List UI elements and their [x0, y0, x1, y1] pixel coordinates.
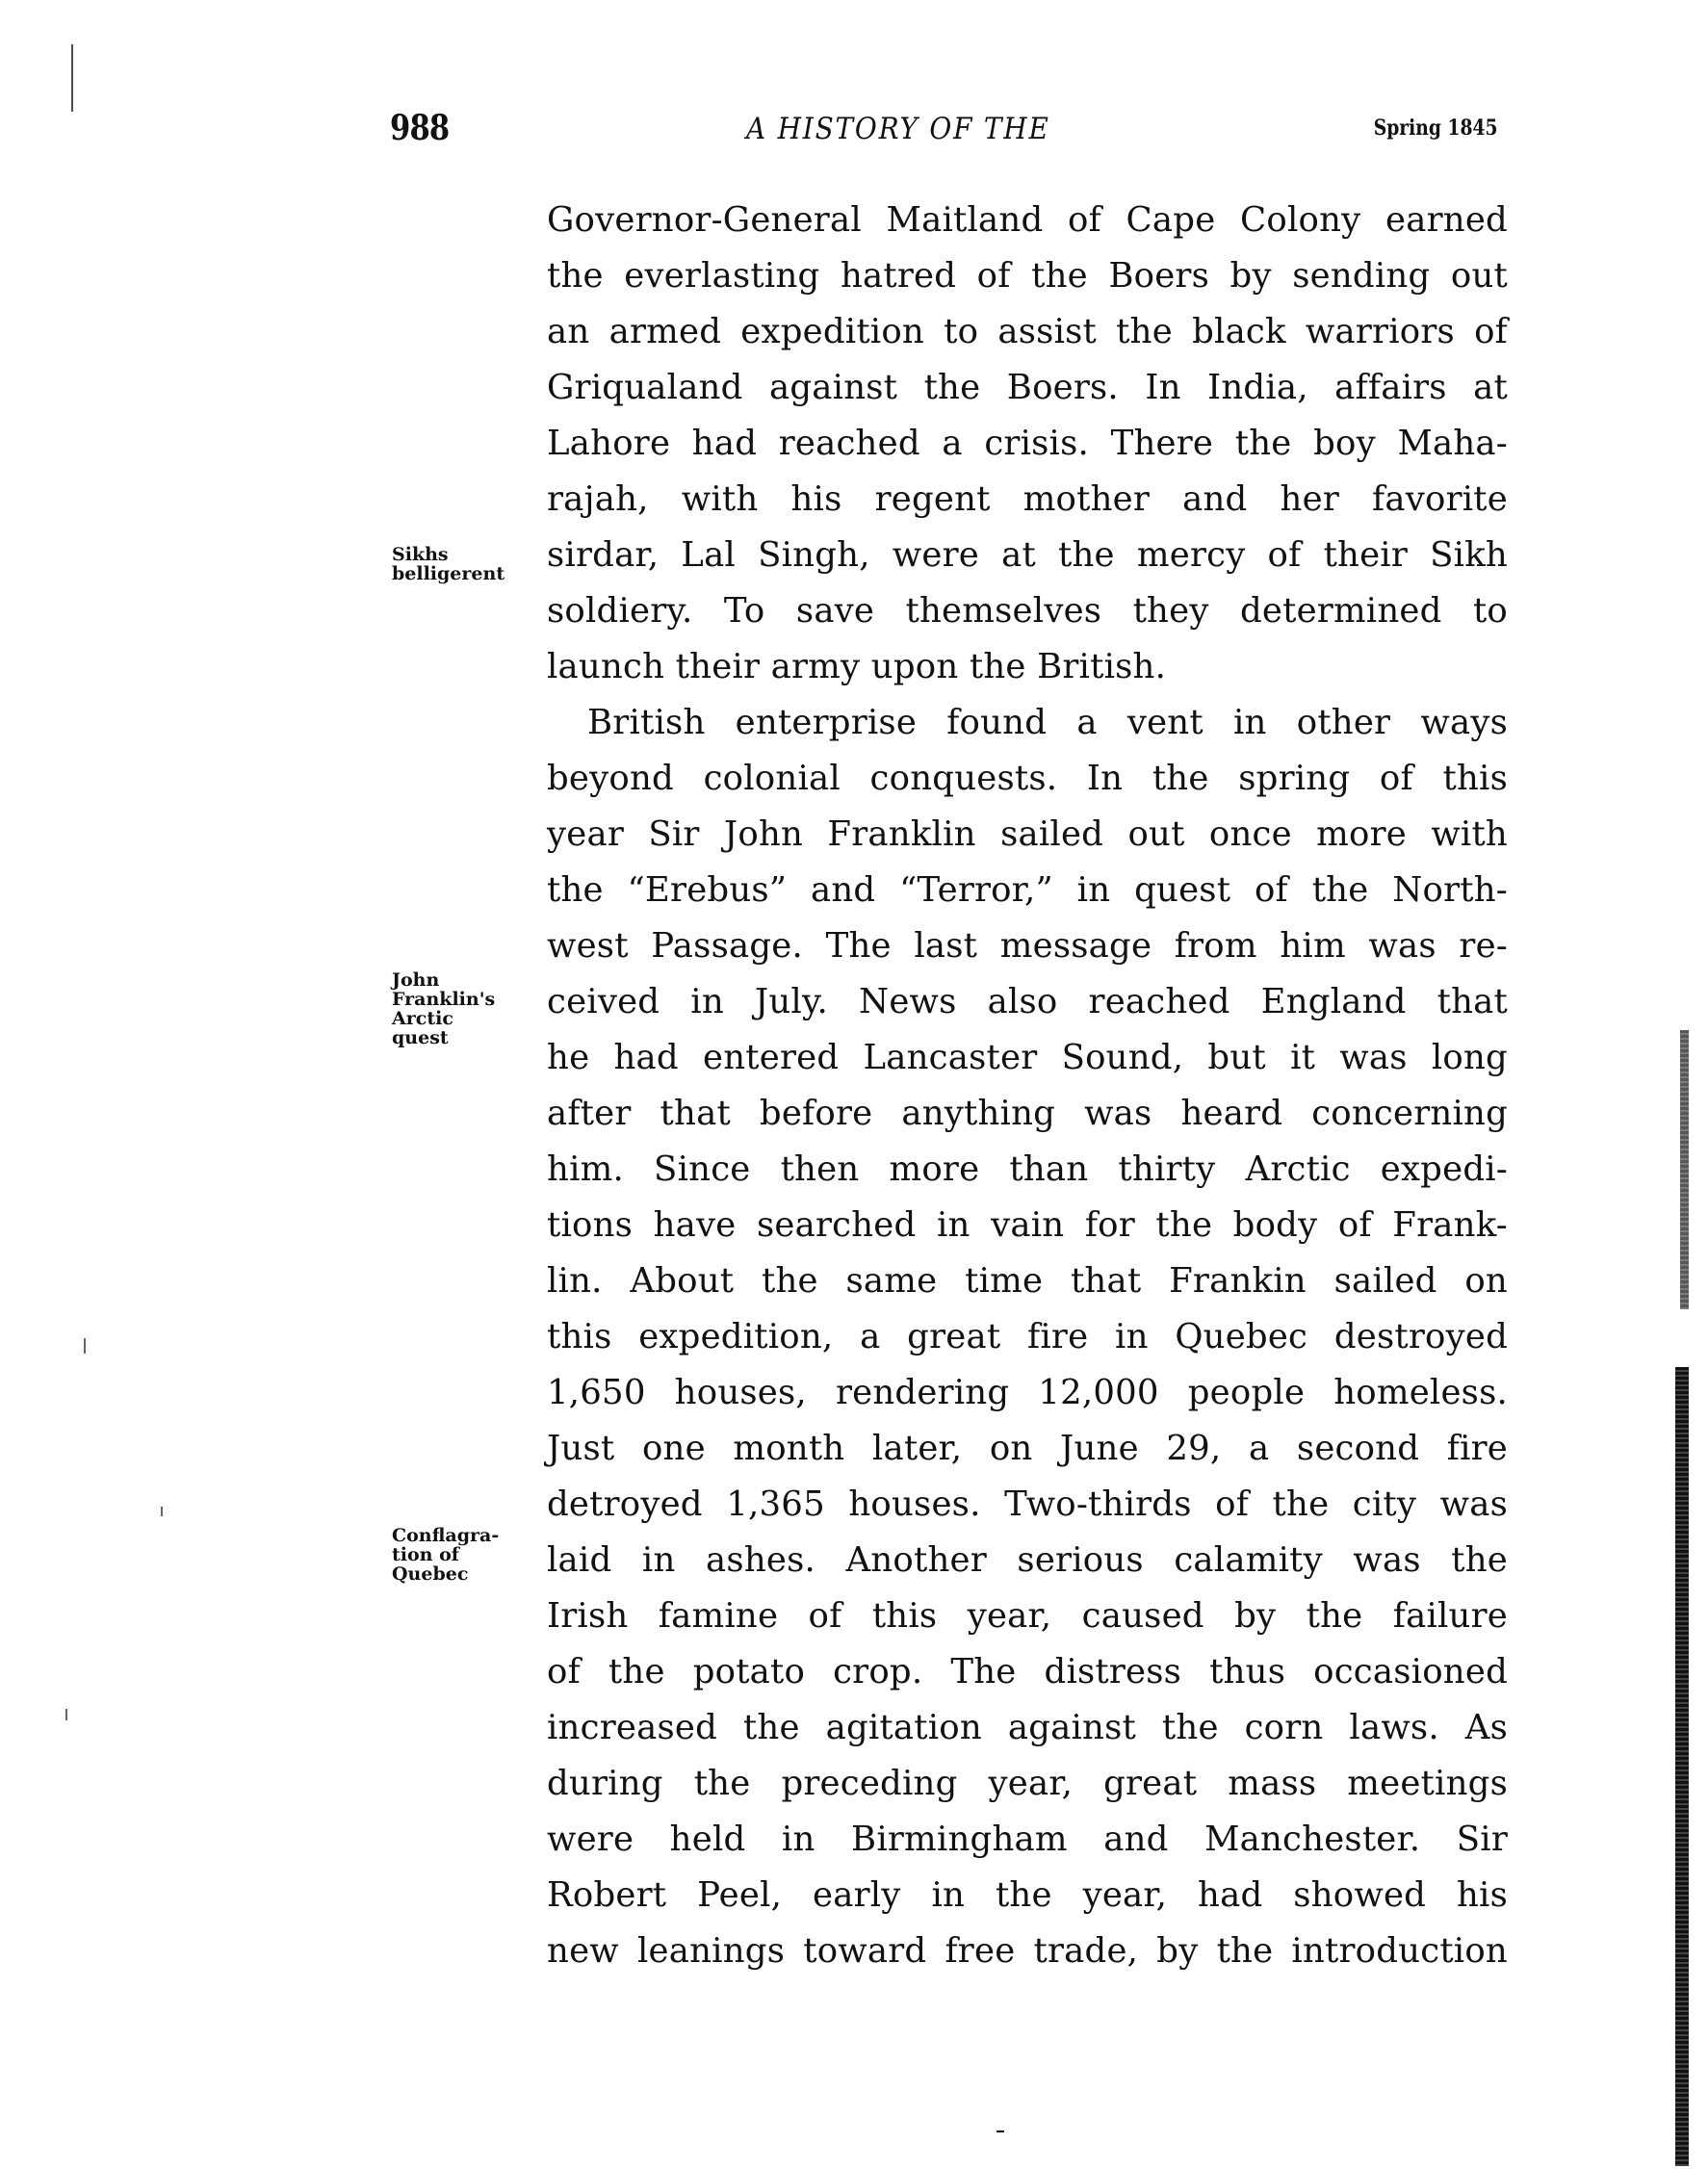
- page-header: 988 A HISTORY OF THE Spring 1845: [390, 108, 1497, 156]
- text-line: 1,650 houses, rendering 12,000 people ho…: [547, 1365, 1508, 1421]
- margin-note-sikhs: Sikhs belligerent: [392, 545, 505, 583]
- margin-note-line: quest: [392, 1028, 495, 1047]
- text-line: were held in Birmingham and Manchester. …: [547, 1812, 1508, 1868]
- text-line: year Sir John Franklin sailed out once m…: [547, 807, 1508, 863]
- text-line: increased the agitation against the corn…: [547, 1700, 1508, 1756]
- margin-note-franklin: John Franklin's Arctic quest: [392, 970, 495, 1047]
- text-line: beyond colonial conquests. In the spring…: [547, 751, 1508, 807]
- margin-note-line: Sikhs: [392, 545, 505, 564]
- scan-edge-mark-left-2: [161, 1507, 163, 1516]
- margin-note-line: John: [392, 970, 495, 990]
- text-line: new leanings toward free trade, by the i…: [547, 1924, 1508, 1979]
- text-line: an armed expedition to assist the black …: [547, 304, 1508, 360]
- scan-edge-bar-upper: [1680, 1030, 1689, 1309]
- running-title: A HISTORY OF THE: [746, 112, 1050, 146]
- text-line: detroyed 1,365 houses. Two-thirds of the…: [547, 1477, 1508, 1533]
- text-line: Irish famine of this year, caused by the…: [547, 1588, 1508, 1644]
- scan-edge-mark-left-3: [65, 1709, 67, 1720]
- margin-note-line: tion of: [392, 1545, 499, 1564]
- margin-note-line: Quebec: [392, 1564, 499, 1584]
- scan-edge-bar-lower: [1675, 1367, 1689, 2166]
- text-line: laid in ashes. Another serious calamity …: [547, 1533, 1508, 1588]
- margin-note-line: Arctic: [392, 1009, 495, 1028]
- text-line: Just one month later, on June 29, a seco…: [547, 1421, 1508, 1477]
- text-line: launch their army upon the British.: [547, 639, 1508, 695]
- date-label: Spring 1845: [1373, 116, 1497, 141]
- text-line: rajah, with his regent mother and her fa…: [547, 472, 1508, 528]
- text-line: ceived in July. News also reached Englan…: [547, 974, 1508, 1030]
- text-line: of the potato crop. The distress thus oc…: [547, 1644, 1508, 1700]
- text-line: west Passage. The last message from him …: [547, 918, 1508, 974]
- text-line: sirdar, Lal Singh, were at the mercy of …: [547, 528, 1508, 583]
- text-line: British enterprise found a vent in other…: [547, 695, 1508, 751]
- text-line: the “Erebus” and “Terror,” in quest of t…: [547, 863, 1508, 918]
- text-line: after that before anything was heard con…: [547, 1086, 1508, 1142]
- text-line: Lahore had reached a crisis. There the b…: [547, 416, 1508, 472]
- text-line: this expedition, a great fire in Quebec …: [547, 1309, 1508, 1365]
- text-line: he had entered Lancaster Sound, but it w…: [547, 1030, 1508, 1086]
- text-line: tions have searched in vain for the body…: [547, 1198, 1508, 1253]
- scan-edge-mark-top-left: [71, 44, 73, 112]
- margin-note-line: Franklin's: [392, 990, 495, 1009]
- text-line: Governor-General Maitland of Cape Colony…: [547, 193, 1508, 248]
- scan-edge-mark-left-1: [84, 1338, 86, 1354]
- text-line: Griqualand against the Boers. In India, …: [547, 360, 1508, 416]
- text-line: soldiery. To save themselves they determ…: [547, 583, 1508, 639]
- page-number: 988: [390, 108, 449, 148]
- margin-note-line: Conflagra-: [392, 1526, 499, 1545]
- margin-note-quebec: Conflagra- tion of Quebec: [392, 1526, 499, 1584]
- text-line: the everlasting hatred of the Boers by s…: [547, 248, 1508, 304]
- body-text: Governor-General Maitland of Cape Colony…: [547, 193, 1508, 1979]
- text-line: him. Since then more than thirty Arctic …: [547, 1142, 1508, 1198]
- margin-note-line: belligerent: [392, 564, 505, 583]
- text-line: Robert Peel, early in the year, had show…: [547, 1868, 1508, 1924]
- scan-speck-bottom: [996, 2130, 1004, 2132]
- text-line: during the preceding year, great mass me…: [547, 1756, 1508, 1812]
- text-line: lin. About the same time that Frankin sa…: [547, 1253, 1508, 1309]
